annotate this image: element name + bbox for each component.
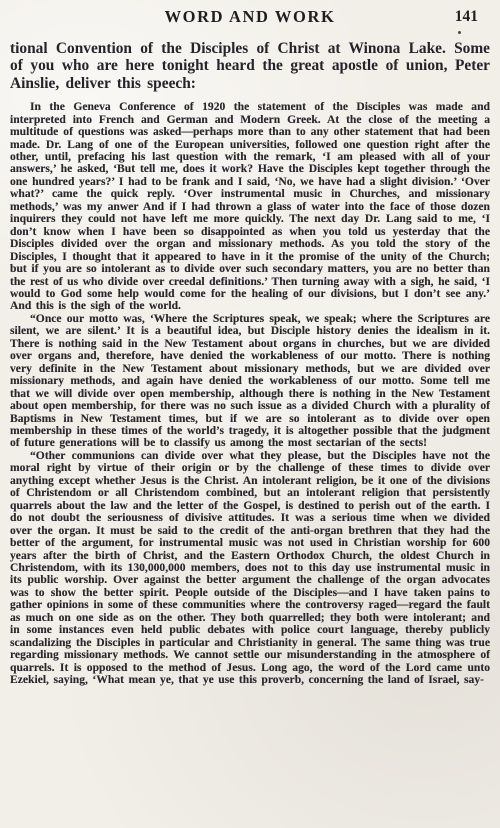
intro-paragraph: tional Convention of the Disciples of Ch… [10,40,490,92]
page-header: WORD AND WORK 141 [10,7,490,29]
scan-artifact-dot [458,31,461,34]
speech-paragraph-1: In the Geneva Conference of 1920 the sta… [10,101,490,313]
scanned-page: WORD AND WORK 141 tional Convention of t… [0,0,500,828]
page-number: 141 [455,8,478,26]
journal-title: WORD AND WORK [10,7,490,27]
speech-block: In the Geneva Conference of 1920 the sta… [10,101,490,686]
speech-paragraph-2: “Once our motto was, ‘Where the Scriptur… [10,313,490,450]
speech-paragraph-3: “Other communions can divide over what t… [10,450,490,687]
